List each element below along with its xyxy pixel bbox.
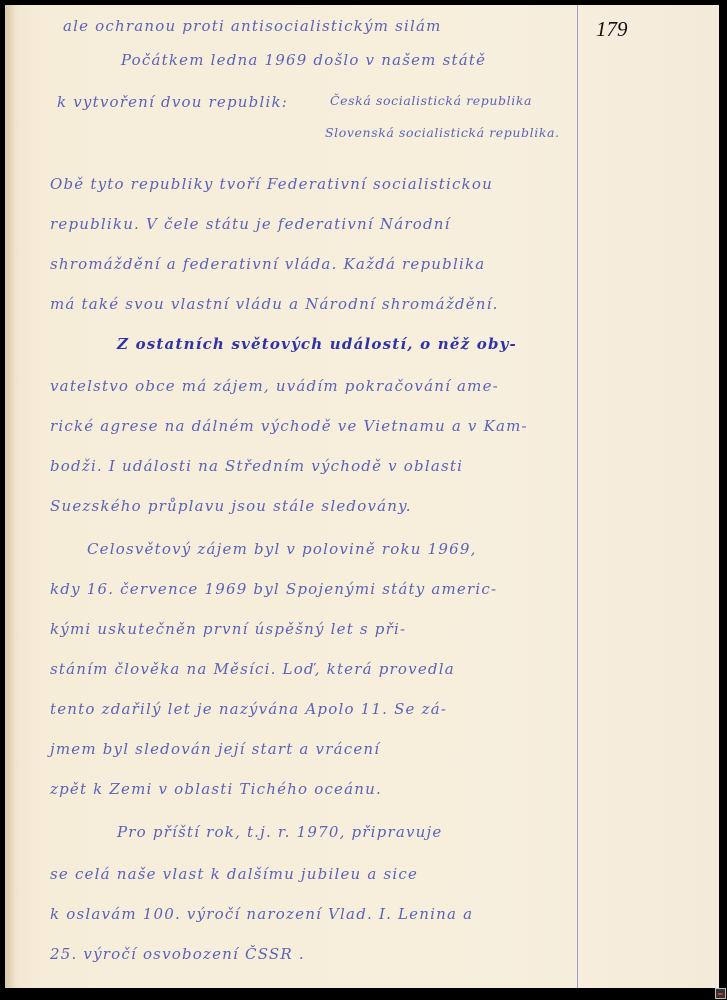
text-line: Celosvětový zájem byl v polovině roku 19… xyxy=(87,540,477,558)
text-line: rické agrese na dálném východě ve Vietna… xyxy=(50,417,528,435)
text-line: k vytvoření dvou republik: xyxy=(57,93,288,111)
text-line: kdy 16. července 1969 byl Spojenými stát… xyxy=(50,580,497,598)
minimize-icon[interactable] xyxy=(715,988,726,999)
text-line: jmem byl sledován její start a vrácení xyxy=(50,740,380,758)
text-line: Suezského průplavu jsou stále sledovány. xyxy=(50,497,412,515)
text-line: k oslavám 100. výročí narození Vlad. I. … xyxy=(50,905,473,923)
text-line: vatelstvo obce má zájem, uvádím pokračov… xyxy=(50,377,499,395)
text-line-republic-slovak: Slovenská socialistická republika. xyxy=(325,125,560,140)
text-line: zpět k Zemi v oblasti Tichého oceánu. xyxy=(50,780,382,798)
text-line: tento zdařilý let je nazývána Apolo 11. … xyxy=(50,700,447,718)
text-line: Pro příští rok, t.j. r. 1970, připravuje xyxy=(117,823,442,841)
text-line: kými uskutečněn první úspěšný let s při- xyxy=(50,620,406,638)
text-line: ale ochranou proti antisocialistickým si… xyxy=(63,17,442,35)
notebook-page: 179 ale ochranou proti antisocialistický… xyxy=(5,5,719,988)
text-line: shromáždění a federativní vláda. Každá r… xyxy=(50,255,485,273)
text-line: Obě tyto republiky tvoří Federativní soc… xyxy=(50,175,493,193)
text-line: se celá naše vlast k dalšímu jubileu a s… xyxy=(50,865,418,883)
text-line: republiku. V čele státu je federativní N… xyxy=(50,215,451,233)
text-line-republic-czech: Česká socialistická republika xyxy=(330,93,532,108)
text-line: stáním člověka na Měsíci. Loď, která pro… xyxy=(50,660,455,678)
margin-line xyxy=(577,5,578,988)
text-line-dark-ink: Z ostatních světových událostí, o něž ob… xyxy=(117,335,517,353)
text-line: 25. výročí osvobození ČSSR . xyxy=(50,945,305,963)
text-line: Počátkem ledna 1969 došlo v našem státě xyxy=(121,51,486,69)
text-line: bodži. I události na Středním východě v … xyxy=(50,457,463,475)
page-number: 179 xyxy=(596,17,628,42)
text-line: má také svou vlastní vládu a Národní shr… xyxy=(50,295,499,313)
